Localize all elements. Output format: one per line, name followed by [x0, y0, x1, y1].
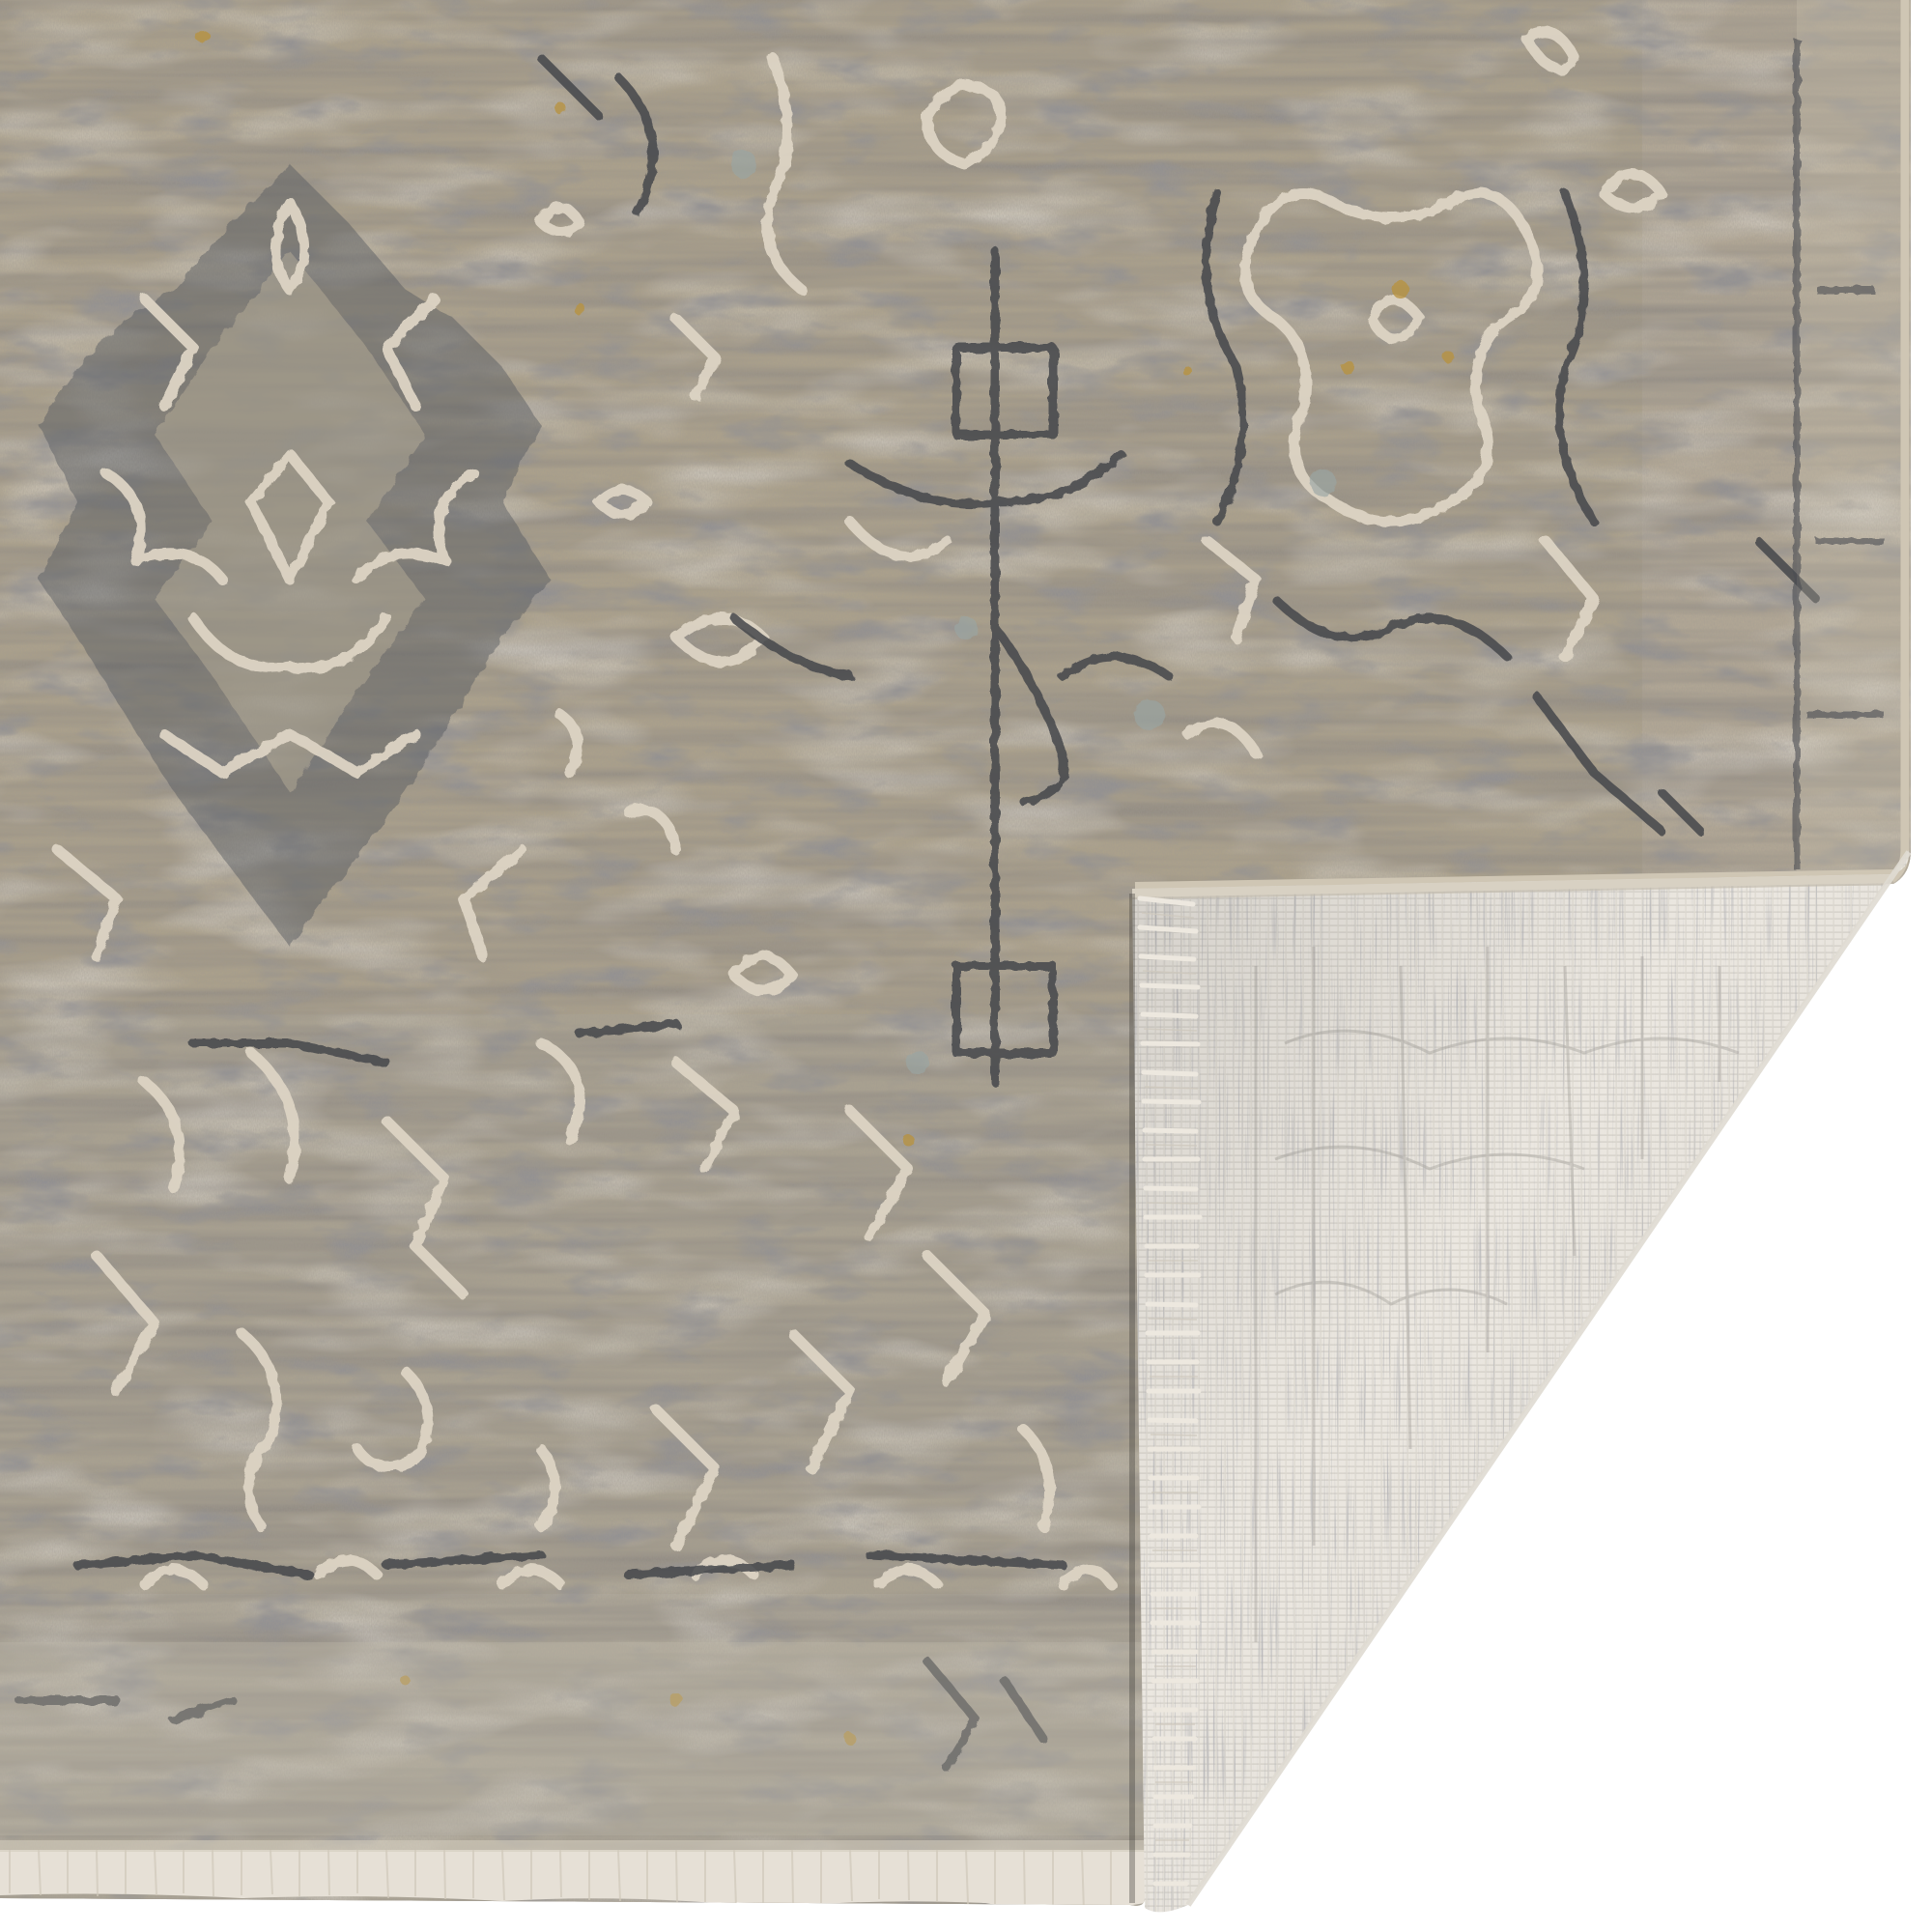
rug-illustration: [0, 0, 1932, 1932]
bottom-fringe: [0, 1840, 1145, 1913]
product-photo: Distressed vintage-style area rug with f…: [0, 0, 1932, 1932]
